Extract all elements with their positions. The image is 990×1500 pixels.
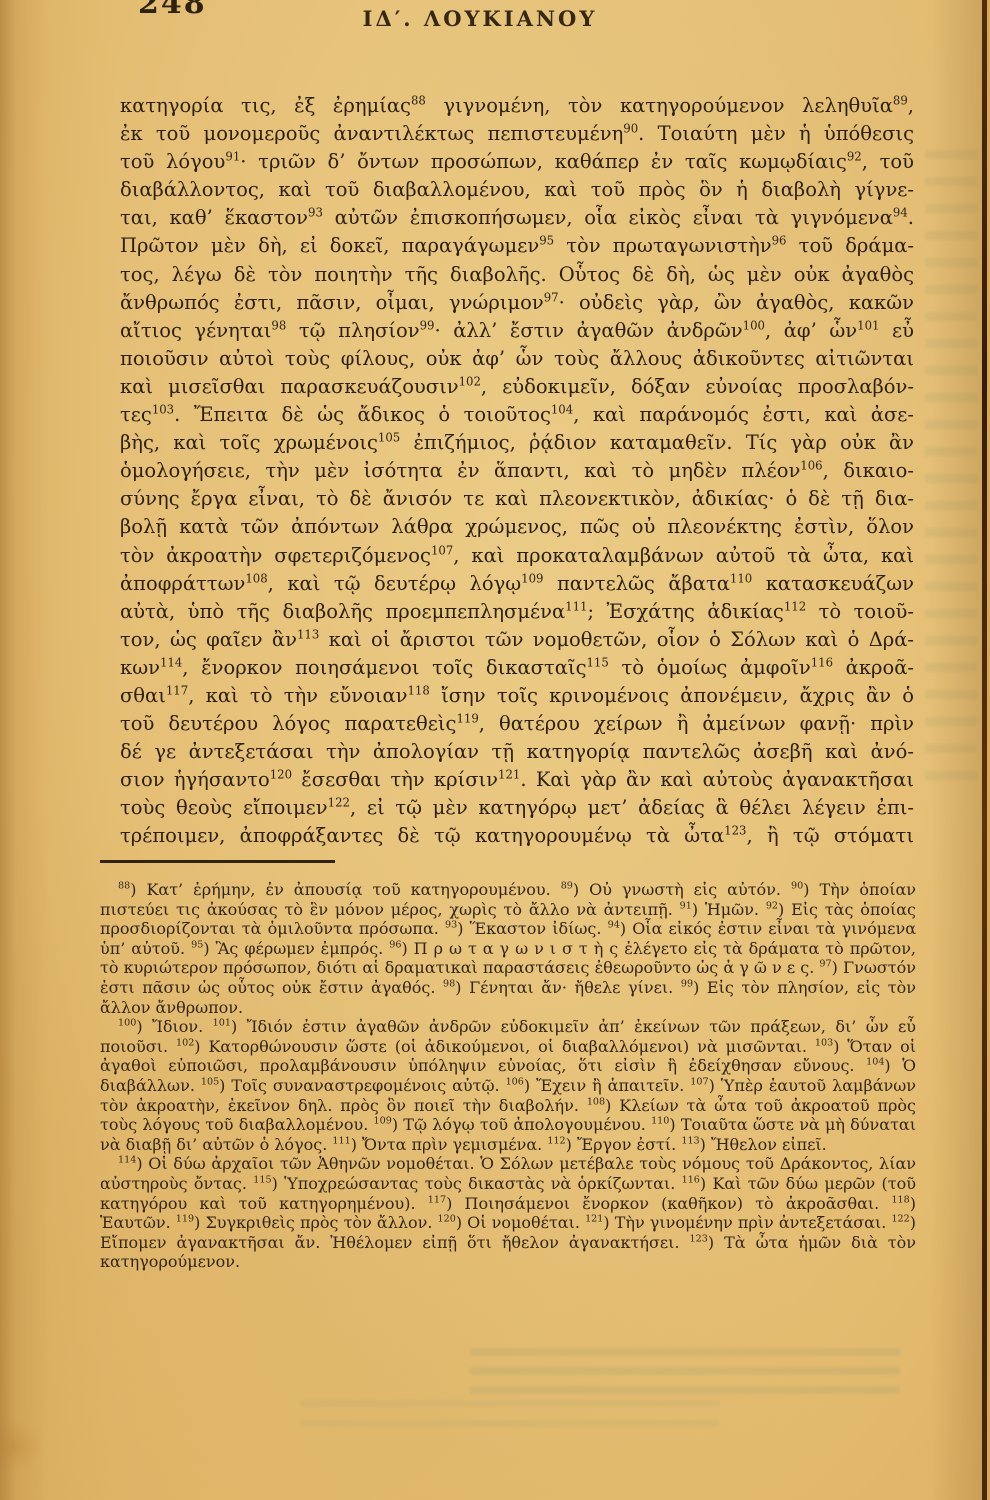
text-line: τρέποιμεν, ἀποφράξαντες δὲ τῷ κατηγορουμ…: [120, 822, 914, 850]
footnote-ref: 110: [730, 571, 752, 585]
text-line: τον, ὡς φαῖεν ἂν113 καὶ οἱ ἄριστοι τῶν ν…: [120, 626, 914, 654]
footnote-ref: 114: [160, 655, 182, 669]
text-line: ποιοῦσιν αὐτοὶ τοὺς φίλους, οὐκ ἀφ’ ὧν τ…: [120, 345, 914, 373]
footnote-ref: 99: [420, 318, 435, 332]
footnote-number: 107: [690, 1077, 708, 1088]
footnote-number: 93: [445, 920, 457, 931]
text-line: σύνης ἔργα εἶναι, τὸ δὲ ἄνισόν τε καὶ πλ…: [120, 485, 914, 513]
text-line: κων114, ἔνορκον ποιησάμενοι τοῖς δικαστα…: [120, 654, 914, 682]
paper-stain: [0, 1420, 44, 1472]
footnote-paragraph: 88) Κατ’ ἐρήμην, ἐν ἀπουσίᾳ τοῦ κατηγορο…: [100, 880, 916, 1017]
footnote-divider: [100, 860, 335, 863]
text-line: ἀποφράττων108, καὶ τῷ δευτέρῳ λόγῳ109 πα…: [120, 570, 914, 598]
show-through-ghost: [470, 1348, 900, 1400]
footnote-ref: 97: [544, 290, 559, 304]
footnote-number: 116: [682, 1175, 700, 1186]
footnote-ref: 98: [271, 318, 286, 332]
text-line: ἄνθρωπός ἐστι, πᾶσιν, οἶμαι, γνώριμον97·…: [120, 289, 914, 317]
book-page: 248 ΙΔ′. ΛΟΥΚΙΑΝΟΥ κατηγορία τις, ἐξ ἐρη…: [0, 0, 990, 1500]
footnote-number: 113: [681, 1135, 699, 1146]
footnote-ref: 109: [521, 571, 543, 585]
text-line: δέ γε ἀντεξετάσαι τὴν ἀπολογίαν τῇ κατηγ…: [120, 738, 914, 766]
text-line: σθαι117, καὶ τὸ τὴν εὔνοιαν118 ἴσην τοῖς…: [120, 682, 914, 710]
footnote-number: 123: [690, 1233, 708, 1244]
running-title: ΙΔ′. ΛΟΥΚΙΑΝΟΥ: [0, 6, 960, 31]
footnote-ref: 103: [152, 403, 174, 417]
footnote-number: 120: [438, 1214, 456, 1225]
footnote-number: 121: [585, 1214, 603, 1225]
text-line: ὁμολογήσειε, τὴν μὲν ἰσότητα ἐν ἅπαντι, …: [120, 457, 914, 485]
footnote-ref: 120: [270, 768, 292, 782]
footnote-number: 88: [118, 881, 130, 892]
footnote-ref: 118: [408, 683, 430, 697]
footnote-number: 95: [191, 939, 203, 950]
footnote-ref: 115: [587, 655, 609, 669]
footnote-number: 94: [608, 920, 620, 931]
footnote-number: 119: [176, 1214, 194, 1225]
text-line: τοῦ λόγου91· τριῶν δ’ ὄντων προσώπων, κα…: [120, 148, 914, 176]
footnote-ref: 89: [893, 94, 908, 108]
text-line: καὶ μισεῖσθαι παρασκευάζουσιν102, εὐδοκι…: [120, 373, 914, 401]
footnotes-block: 88) Κατ’ ἐρήμην, ἐν ἀπουσίᾳ τοῦ κατηγορο…: [100, 880, 916, 1272]
footnote-ref: 101: [857, 318, 879, 332]
footnote-number: 92: [766, 900, 778, 911]
footnote-number: 100: [118, 1018, 136, 1029]
text-line: διαβάλλοντος, καὶ τοῦ διαβαλλομένου, καὶ…: [120, 176, 914, 204]
footnote-ref: 117: [166, 683, 188, 697]
footnote-ref: 93: [308, 206, 323, 220]
footnote-paragraph: 114) Οἱ δύω ἀρχαῖοι τῶν Ἀθηνῶν νομοθέται…: [100, 1154, 916, 1272]
footnote-number: 110: [651, 1116, 669, 1127]
footnote-ref: 121: [498, 768, 520, 782]
text-line: κατηγορία τις, ἐξ ἐρημίας88 γιγνομένη, τ…: [120, 92, 914, 120]
text-line: βολῇ κατὰ τῶν ἀπόντων λάθρα χρώμενος, πῶ…: [120, 513, 914, 541]
footnote-ref: 112: [784, 599, 806, 613]
footnote-ref: 102: [459, 374, 481, 388]
footnote-ref: 104: [551, 403, 573, 417]
footnote-ref: 90: [623, 122, 638, 136]
footnote-number: 90: [791, 881, 803, 892]
footnote-number: 114: [118, 1155, 136, 1166]
text-line: τοὺς θεοὺς εἴποιμεν122, εἰ τῷ μὲν κατηγό…: [120, 794, 914, 822]
footnote-number: 96: [389, 939, 401, 950]
footnote-number: 108: [587, 1096, 605, 1107]
footnote-number: 102: [176, 1037, 194, 1048]
footnote-ref: 96: [772, 234, 787, 248]
text-line: σιον ἡγήσαντο120 ἔσεσθαι τὴν κρίσιν121. …: [120, 766, 914, 794]
footnote-number: 115: [253, 1175, 271, 1186]
footnote-number: 106: [506, 1077, 524, 1088]
text-line: ἐκ τοῦ μονομεροῦς ἀναντιλέκτως πεπιστευμ…: [120, 120, 914, 148]
footnote-ref: 91: [225, 150, 240, 164]
footnote-number: 109: [374, 1116, 392, 1127]
footnote-ref: 122: [328, 796, 350, 810]
footnote-number: 97: [819, 959, 831, 970]
text-line: αὐτὰ, ὑπὸ τῆς διαβολῆς προεμπεπλησμένα11…: [120, 598, 914, 626]
footnote-number: 98: [443, 979, 455, 990]
footnote-ref: 107: [431, 543, 453, 557]
text-line: Πρῶτον μὲν δὴ, εἰ δοκεῖ, παραγάγωμεν95 τ…: [120, 232, 914, 260]
footnote-number: 99: [681, 979, 693, 990]
footnote-number: 91: [680, 900, 692, 911]
text-line: αἴτιος γένηται98 τῷ πλησίον99· ἀλλ’ ἔστι…: [120, 317, 914, 345]
footnote-number: 104: [866, 1057, 884, 1068]
footnote-ref: 116: [811, 655, 833, 669]
text-line: βὴς, καὶ τοῖς χρωμένοις105 ἐπιζήμιος, ῥᾴ…: [120, 429, 914, 457]
footnote-number: 101: [213, 1018, 231, 1029]
footnote-number: 117: [428, 1194, 446, 1205]
main-text-block: κατηγορία τις, ἐξ ἐρημίας88 γιγνομένη, τ…: [120, 92, 914, 851]
footnote-number: 103: [815, 1037, 833, 1048]
text-line: τὸν ἀκροατὴν σφετεριζόμενος107, καὶ προκ…: [120, 542, 914, 570]
footnote-number: 118: [891, 1194, 909, 1205]
text-line: τες103. Ἔπειτα δὲ ὡς ἄδικος ὁ τοιοῦτος10…: [120, 401, 914, 429]
footnote-ref: 100: [743, 318, 765, 332]
footnote-ref: 88: [411, 94, 426, 108]
text-line: τος, λέγω δὲ τὸν ποιητὴν τῆς διαβολῆς. Ο…: [120, 261, 914, 289]
footnote-ref: 123: [724, 824, 746, 838]
footnote-number: 122: [891, 1214, 909, 1225]
footnote-ref: 108: [245, 571, 267, 585]
text-line: ται, καθ’ ἕκαστον93 αὐτῶν ἐπισκοπήσωμεν,…: [120, 204, 914, 232]
footnote-ref: 105: [378, 431, 400, 445]
footnote-number: 89: [561, 881, 573, 892]
footnote-number: 112: [547, 1135, 565, 1146]
footnote-ref: 92: [847, 150, 862, 164]
footnote-paragraph: 100) Ἴδιον. 101) Ἴδιόν ἐστιν ἀγαθῶν ἀνδρ…: [100, 1017, 916, 1154]
footnote-ref: 111: [565, 599, 587, 613]
show-through-ghost: [300, 1400, 720, 1440]
footnote-ref: 94: [893, 206, 908, 220]
footnote-number: 105: [201, 1077, 219, 1088]
footnote-number: 111: [332, 1135, 350, 1146]
footnote-ref: 106: [800, 459, 822, 473]
show-through-ghost: [925, 150, 977, 790]
footnote-ref: 95: [539, 234, 554, 248]
text-line: τοῦ δευτέρου λόγος παρατεθεὶς119, θατέρο…: [120, 710, 914, 738]
footnote-ref: 119: [456, 712, 478, 726]
footnote-ref: 113: [297, 627, 319, 641]
